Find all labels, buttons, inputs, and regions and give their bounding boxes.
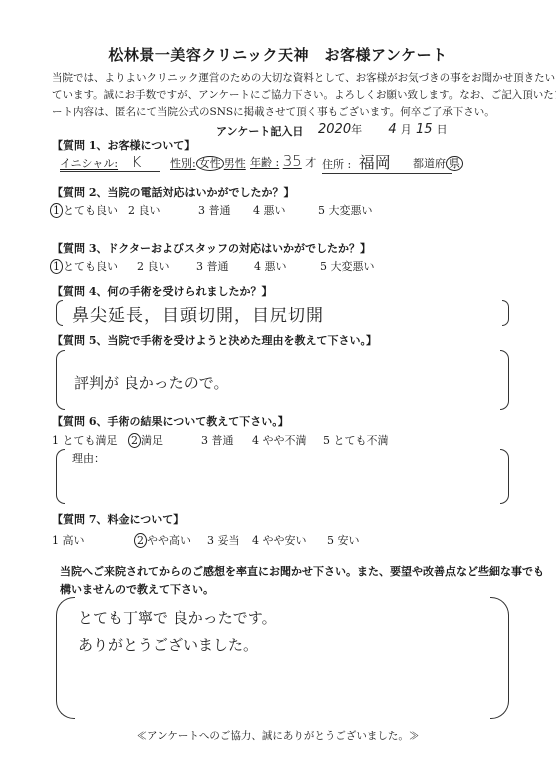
q7-option-4[interactable]: 4 やや安い [252, 532, 307, 548]
thanks-footer: ≪アンケートへのご協力、誠にありがとうございました。≫ [0, 728, 556, 743]
q2-option-1[interactable]: 1とても良い [50, 202, 118, 218]
comments-box-right [490, 597, 509, 719]
box-left [56, 350, 65, 410]
bracket-right [502, 300, 509, 326]
q1-title: 【質問 1、お客様について】 [52, 137, 195, 153]
reason-label: 理由： [72, 450, 105, 466]
q5-answer[interactable]: 評判が 良かったので。 [74, 372, 228, 393]
prefecture-suffix: 都道府 [413, 157, 446, 170]
selected-circle-icon: 1 [50, 203, 63, 218]
comments-answer-line-2[interactable]: ありがとうございました。 [78, 634, 258, 655]
q6-option-2[interactable]: 2満足 [128, 432, 163, 448]
q7-option-2[interactable]: 2やや高い [134, 532, 191, 548]
intro-line-1: 当院では、よりよいクリニック運営のための大切な資料として、お客様がお気づきの事を… [52, 70, 556, 85]
q5-title: 【質問 5、当院で手術を受けようと決めた理由を教えて下さい。】 [52, 332, 377, 348]
age-value: 35 [283, 152, 302, 170]
reason-input[interactable] [72, 466, 492, 498]
gender-label: 性別: [170, 157, 196, 170]
intro-line-2: ています。誠にお手数ですが、アンケートにご協力下さい。よろしくお願い致します。な… [52, 87, 556, 102]
address-label: 住所 : [322, 158, 351, 171]
age-unit: 才 [305, 156, 316, 169]
q6-option-1[interactable]: 1 とても満足 [52, 432, 118, 448]
age-label: 年齢 : [250, 156, 279, 169]
date-year: 2020 [318, 122, 351, 137]
q3-option-4[interactable]: 4 悪い [254, 258, 287, 274]
q3-title: 【質問 3、ドクターおよびスタッフの対応はいかがでしたか？】 [52, 240, 371, 256]
q3-option-2[interactable]: 2 良い [137, 258, 170, 274]
q3-option-5[interactable]: 5 大変悪い [320, 258, 375, 274]
comments-prompt-1: 当院へご来院されてからのご感想を率直にお聞かせ下さい。また、要望や改善点など些細… [60, 563, 544, 579]
q2-option-4[interactable]: 4 悪い [253, 202, 286, 218]
year-unit: 年 [351, 123, 362, 136]
survey-title: 松林景一美容クリニック天神 お客様アンケート [0, 44, 556, 65]
q7-option-5[interactable]: 5 安い [327, 532, 360, 548]
q2-option-5[interactable]: 5 大変悪い [318, 202, 373, 218]
date-field[interactable]: 2020年 4 月 15 日 [318, 121, 448, 137]
date-day: 15 [416, 122, 433, 137]
gender-field[interactable]: 性別:女性男性 [170, 155, 246, 171]
comments-box-left [56, 597, 75, 719]
q2-option-2[interactable]: 2 良い [128, 202, 161, 218]
reason-box-right [500, 449, 509, 504]
date-label: アンケート記入日 [216, 123, 303, 139]
comments-answer-line-1[interactable]: とても丁寧で 良かったです。 [78, 607, 277, 628]
address-value: 福岡 [359, 153, 391, 172]
reason-box-left [56, 449, 65, 504]
q4-answer[interactable]: 鼻尖延長，目頭切開，目尻切開 [72, 301, 324, 326]
prefecture-field[interactable]: 都道府県 [413, 155, 463, 171]
q7-option-3[interactable]: 3 妥当 [207, 532, 240, 548]
q2-title: 【質問 2、当院の電話対応はいかがでしたか？】 [52, 184, 294, 200]
q6-option-5[interactable]: 5 とても不満 [323, 432, 389, 448]
age-field[interactable]: 年齢 : 35 才 [250, 152, 316, 170]
initial-label: イニシャル: [60, 157, 118, 170]
gender-option-female[interactable]: 女性 [196, 156, 224, 171]
initial-value: K [132, 153, 142, 171]
month-unit: 月 [401, 123, 412, 136]
q7-option-1[interactable]: 1 高い [52, 532, 85, 548]
box-right [500, 350, 509, 410]
q3-option-3[interactable]: 3 普通 [196, 258, 229, 274]
bracket-left [56, 300, 63, 326]
comments-prompt-2: 構いませんので教えて下さい。 [60, 581, 214, 597]
q2-option-3[interactable]: 3 普通 [198, 202, 231, 218]
q6-title: 【質問 6、手術の結果について教えて下さい。】 [52, 413, 289, 429]
day-unit: 日 [437, 123, 448, 136]
q3-option-1[interactable]: 1とても良い [50, 258, 118, 274]
intro-line-3: ート内容は、匿名にて当院公式のSNSに掲載させて頂く事もございます。何卒ご了承下… [52, 104, 495, 119]
q7-title: 【質問 7、料金について】 [52, 511, 184, 527]
selected-circle-icon: 2 [134, 533, 147, 548]
prefecture-option-selected[interactable]: 県 [446, 156, 463, 171]
q6-option-4[interactable]: 4 やや不満 [252, 432, 307, 448]
initial-field[interactable]: イニシャル: K [60, 153, 160, 172]
date-month: 4 [388, 122, 396, 137]
q6-option-3[interactable]: 3 普通 [201, 432, 234, 448]
q4-title: 【質問 4、何の手術を受けられましたか？】 [52, 283, 272, 299]
selected-circle-icon: 1 [50, 259, 63, 274]
selected-circle-icon: 2 [128, 433, 141, 448]
gender-option-male[interactable]: 男性 [224, 157, 246, 170]
